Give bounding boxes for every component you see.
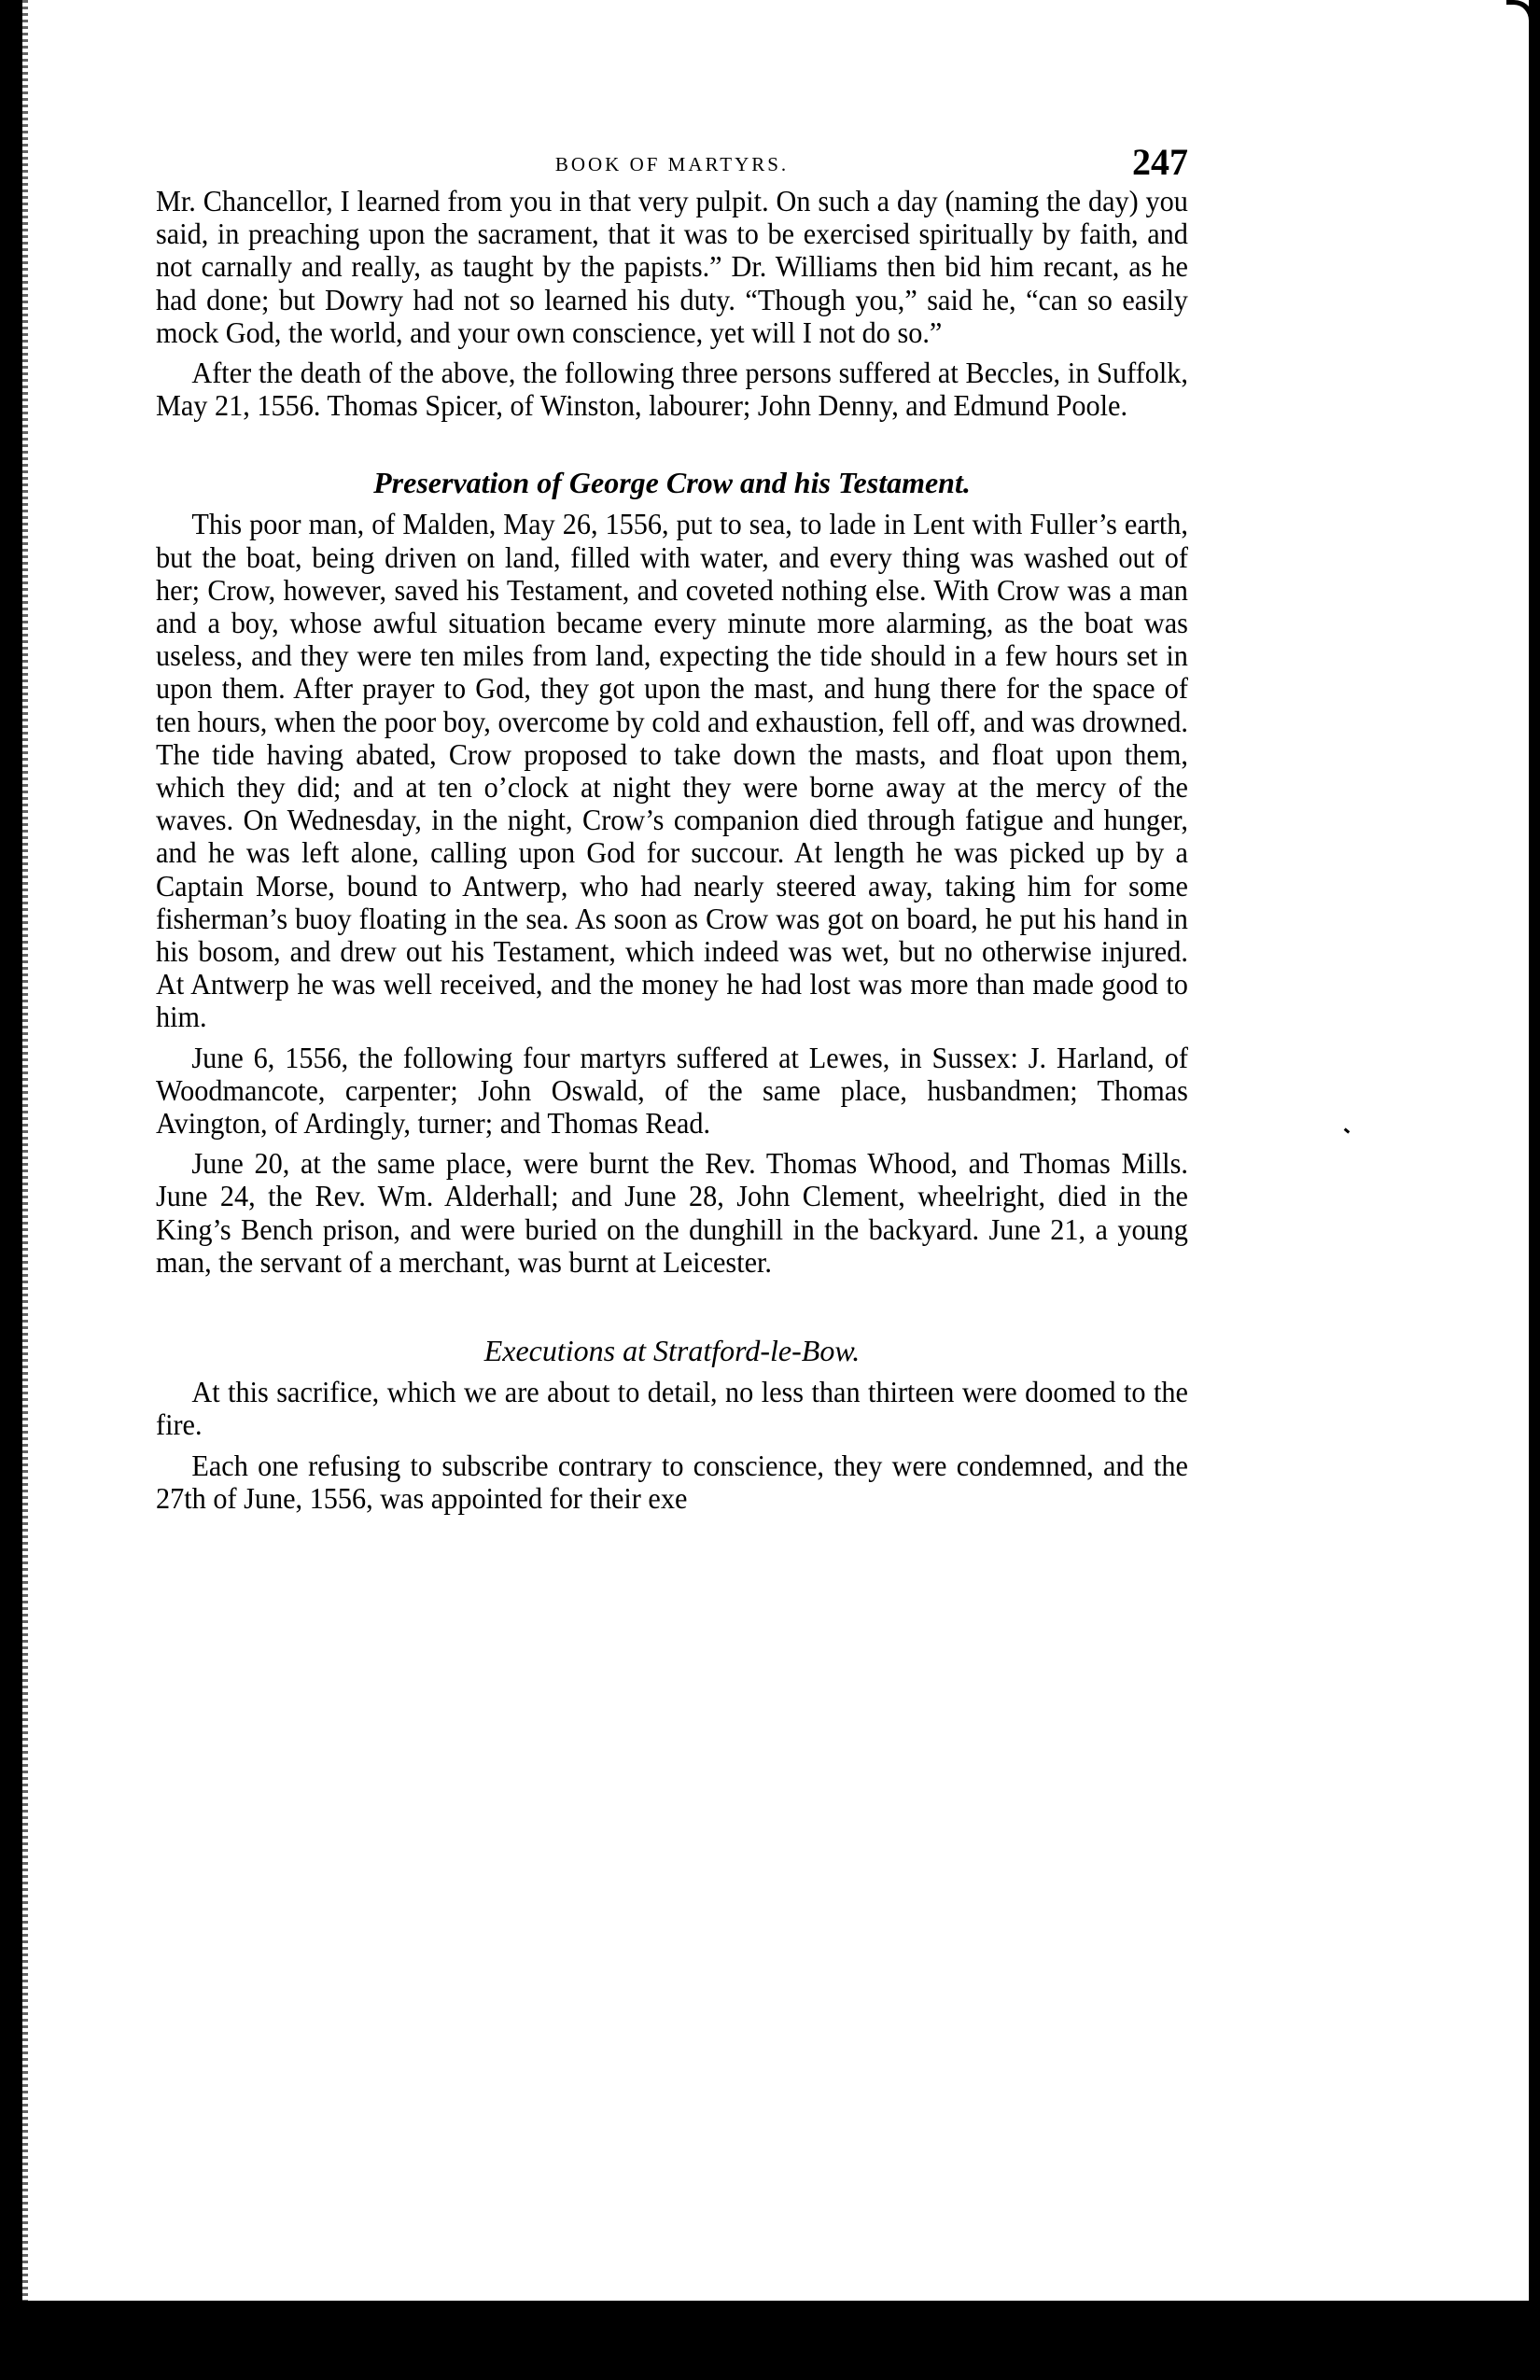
- running-head: BOOK OF MARTYRS. 247: [156, 140, 1188, 185]
- scan-border-left-fray: [21, 0, 28, 2305]
- running-title: BOOK OF MARTYRS.: [156, 153, 1188, 176]
- paragraph-continuation: Mr. Chancellor, I learned from you in th…: [156, 185, 1188, 349]
- paragraph-thirteen-doomed: At this sacrifice, which we are about to…: [156, 1376, 1188, 1441]
- paragraph-beccles: After the death of the above, the follow…: [156, 357, 1188, 422]
- page-number: 247: [1132, 140, 1188, 184]
- section-heading-george-crow: Preservation of George Crow and his Test…: [156, 463, 1188, 502]
- section-heading-stratford-le-bow: Executions at Stratford-le-Bow.: [156, 1331, 1188, 1370]
- paragraph-lewes-martyrs: June 6, 1556, the following four martyrs…: [156, 1042, 1188, 1141]
- scan-border-left: [0, 0, 22, 2380]
- scan-border-bottom: [0, 2301, 1540, 2380]
- paragraph-june-executions: June 20, at the same place, were burnt t…: [156, 1147, 1188, 1279]
- paragraph-george-crow: This poor man, of Malden, May 26, 1556, …: [156, 508, 1188, 1033]
- paragraph-condemned: Each one refusing to subscribe contrary …: [156, 1449, 1188, 1515]
- scan-border-right: [1529, 0, 1540, 2380]
- book-page: BOOK OF MARTYRS. 247 Mr. Chancellor, I l…: [156, 140, 1188, 1522]
- scan-speck: [1344, 1127, 1351, 1133]
